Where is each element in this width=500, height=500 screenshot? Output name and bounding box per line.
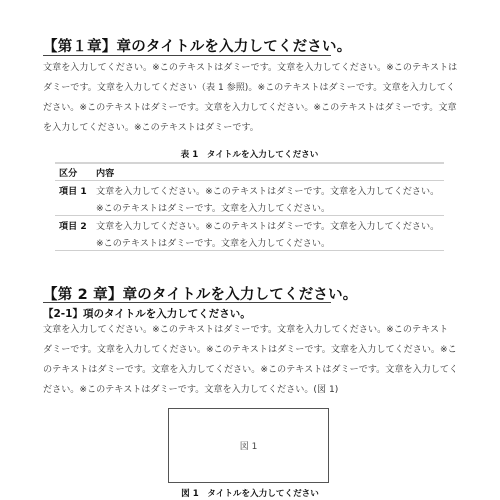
paragraph-line: のテキストはダミーです。文章を入力してください。※このテキストはダミーです。文章… (43, 360, 461, 380)
chapter-2-heading: 【第 2 章】章のタイトルを入力してください。 (43, 283, 358, 304)
figure-1-caption: 図 1 タイトルを入力してください (150, 487, 350, 499)
table-row-1-line-1: 文章を入力してください。※このテキストはダミーです。文章を入力してください。 (96, 184, 439, 197)
table-header-content: 内容 (96, 166, 114, 179)
chapter-2-heading-underline (43, 302, 331, 303)
paragraph-line: ダミーです。文章を入力してください。※このテキストはダミーです。文章を入力してく… (43, 340, 461, 360)
figure-1-placeholder-label: 図 1 (169, 439, 328, 452)
chapter-1-paragraph: 文章を入力してください。※このテキストはダミーです。文章を入力してください。※こ… (43, 58, 461, 138)
table-row-2-line-2: ※このテキストはダミーです。文章を入力してください。 (96, 236, 330, 249)
table-header-category: 区分 (59, 166, 77, 179)
paragraph-line: 文章を入力してください。※このテキストはダミーです。文章を入力してください。※こ… (43, 58, 461, 78)
table-bottom-rule (55, 250, 444, 251)
table-row-rule (55, 215, 444, 216)
table-row-1-label: 項目 1 (59, 184, 87, 197)
paragraph-line: ださい。※このテキストはダミーです。文章を入力してください。※このテキストはダミ… (43, 98, 461, 118)
table-row-1-line-2: ※このテキストはダミーです。文章を入力してください。 (96, 201, 330, 214)
table-top-rule (55, 162, 444, 164)
chapter-1-heading: 【第１章】章のタイトルを入力してください。 (43, 35, 351, 56)
table-1-caption: 表 1 タイトルを入力してください (55, 148, 444, 160)
table-1: 区分 内容 項目 1 文章を入力してください。※このテキストはダミーです。文章を… (55, 160, 444, 252)
chapter-1-heading-underline (43, 55, 331, 56)
table-header-rule (55, 180, 444, 181)
paragraph-line: ださい。※このテキストはダミーです。文章を入力してください。(図 1) (43, 380, 461, 400)
paragraph-line: を入力してください。※このテキストはダミーです。 (43, 118, 461, 138)
section-2-1-heading: 【2-1】項のタイトルを入力してください。 (43, 306, 251, 321)
paragraph-line: ダミーです。文章を入力してください（表 1 参照)。※このテキストはダミーです。… (43, 78, 461, 98)
section-2-1-paragraph: 文章を入力してください。※このテキストはダミーです。文章を入力してください。※こ… (43, 320, 461, 400)
table-row-2-label: 項目 2 (59, 219, 87, 232)
paragraph-line: 文章を入力してください。※このテキストはダミーです。文章を入力してください。※こ… (43, 320, 461, 340)
figure-1-placeholder-box: 図 1 (168, 408, 329, 483)
table-row-2-line-1: 文章を入力してください。※このテキストはダミーです。文章を入力してください。 (96, 219, 439, 232)
